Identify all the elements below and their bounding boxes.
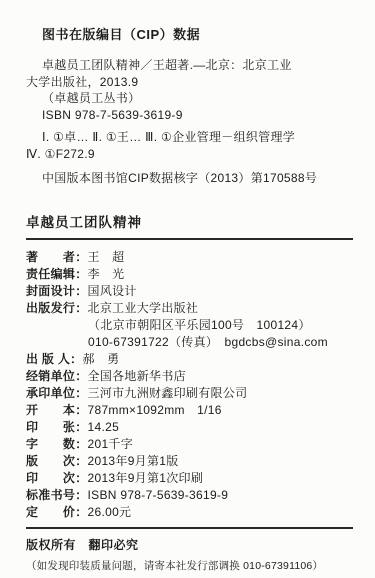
colophon-value: 郝 勇 bbox=[82, 352, 119, 366]
colophon-label: 责任编辑： bbox=[26, 267, 88, 281]
colophon-row-publisher: 出版发行：北京工业大学出版社 bbox=[26, 300, 353, 317]
colophon-value: 14.25 bbox=[88, 420, 120, 434]
colophon-value: 全国各地新华书店 bbox=[88, 369, 186, 383]
colophon-value: 王 超 bbox=[88, 250, 125, 264]
publisher-contact: 010-67391722（传真） bgdcbs@sina.com bbox=[26, 334, 353, 351]
quality-note: （如发现印装质量问题，请寄本社发行部调换 010-67391106） bbox=[26, 558, 353, 573]
divider-rule-bottom bbox=[26, 527, 353, 529]
colophon-label: 出版发行： bbox=[26, 301, 88, 315]
cip-heading: 图书在版编目（CIP）数据 bbox=[42, 24, 353, 43]
colophon-value: 北京工业大学出版社 bbox=[88, 301, 199, 315]
colophon-row-publishing-person: 出 版 人：郝 勇 bbox=[26, 351, 353, 368]
cip-title-statement: 卓越员工团队精神／王超著.—北京：北京工业 bbox=[26, 57, 353, 74]
colophon-row-printing: 印 次：2013年9月第1次印刷 bbox=[26, 470, 353, 487]
colophon-row-sheets: 印 张：14.25 bbox=[26, 419, 353, 436]
colophon-value: 201千字 bbox=[88, 437, 134, 451]
colophon-row-editor: 责任编辑：李 光 bbox=[26, 266, 353, 283]
cip-classification-line1: Ⅰ. ①卓… Ⅱ. ①王… Ⅲ. ①企业管理－组织管理学 bbox=[26, 129, 353, 146]
colophon-row-isbn: 标准书号：ISBN 978-7-5639-3619-9 bbox=[26, 487, 353, 504]
copyright-page: 图书在版编目（CIP）数据 卓越员工团队精神／王超著.—北京：北京工业 大学出版… bbox=[0, 0, 375, 578]
cip-classification-block: Ⅰ. ①卓… Ⅱ. ①王… Ⅲ. ①企业管理－组织管理学 Ⅳ. ①F272.9 bbox=[26, 129, 353, 162]
colophon-row-edition: 版 次：2013年9月第1版 bbox=[26, 453, 353, 470]
cip-description-block: 卓越员工团队精神／王超著.—北京：北京工业 大学出版社，2013.9 （卓越员工… bbox=[26, 57, 353, 123]
colophon-label: 封面设计： bbox=[26, 284, 88, 298]
colophon-value: 2013年9月第1次印刷 bbox=[88, 471, 204, 485]
cip-title-statement-cont: 大学出版社，2013.9 bbox=[26, 74, 353, 91]
colophon-label: 定 价： bbox=[26, 505, 88, 519]
colophon-row-distributor: 经销单位：全国各地新华书店 bbox=[26, 368, 353, 385]
colophon-label: 经销单位： bbox=[26, 369, 88, 383]
colophon-value: 2013年9月第1版 bbox=[88, 454, 179, 468]
colophon-value: ISBN 978-7-5639-3619-9 bbox=[88, 488, 229, 502]
colophon-row-printer: 承印单位：三河市九洲财鑫印刷有限公司 bbox=[26, 385, 353, 402]
colophon-row-word-count: 字 数：201千字 bbox=[26, 436, 353, 453]
cip-isbn: ISBN 978-7-5639-3619-9 bbox=[26, 107, 353, 124]
colophon-label: 印 次： bbox=[26, 471, 88, 485]
colophon-label: 标准书号： bbox=[26, 488, 88, 502]
colophon-value: 李 光 bbox=[88, 267, 125, 281]
colophon: 著 者：王 超 责任编辑：李 光 封面设计：国风设计 出版发行：北京工业大学出版… bbox=[26, 249, 353, 521]
colophon-label: 版 次： bbox=[26, 454, 88, 468]
publisher-address: （北京市朝阳区平乐园100号 100124） bbox=[26, 317, 353, 334]
colophon-label: 开 本： bbox=[26, 403, 88, 417]
cip-classification-line2: Ⅳ. ①F272.9 bbox=[26, 146, 353, 163]
colophon-label: 字 数： bbox=[26, 437, 88, 451]
colophon-row-format: 开 本：787mm×1092mm 1/16 bbox=[26, 402, 353, 419]
colophon-row-price: 定 价：26.00元 bbox=[26, 504, 353, 521]
cip-series: （卓越员工丛书） bbox=[26, 90, 353, 107]
colophon-value: 国风设计 bbox=[88, 284, 137, 298]
colophon-label: 出 版 人： bbox=[26, 352, 82, 366]
cip-record-number: 中国版本图书馆CIP数据核字（2013）第170588号 bbox=[42, 170, 353, 187]
colophon-label: 承印单位： bbox=[26, 386, 88, 400]
colophon-value: 26.00元 bbox=[88, 505, 132, 519]
copyright-notice: 版权所有 翻印必究 bbox=[26, 536, 353, 553]
colophon-row-author: 著 者：王 超 bbox=[26, 249, 353, 266]
divider-rule-top bbox=[26, 238, 353, 240]
colophon-row-cover-design: 封面设计：国风设计 bbox=[26, 283, 353, 300]
colophon-value: 三河市九洲财鑫印刷有限公司 bbox=[88, 386, 248, 400]
colophon-label: 印 张： bbox=[26, 420, 88, 434]
book-title: 卓越员工团队精神 bbox=[26, 211, 353, 231]
colophon-value: 787mm×1092mm 1/16 bbox=[88, 403, 222, 417]
colophon-label: 著 者： bbox=[26, 250, 88, 264]
